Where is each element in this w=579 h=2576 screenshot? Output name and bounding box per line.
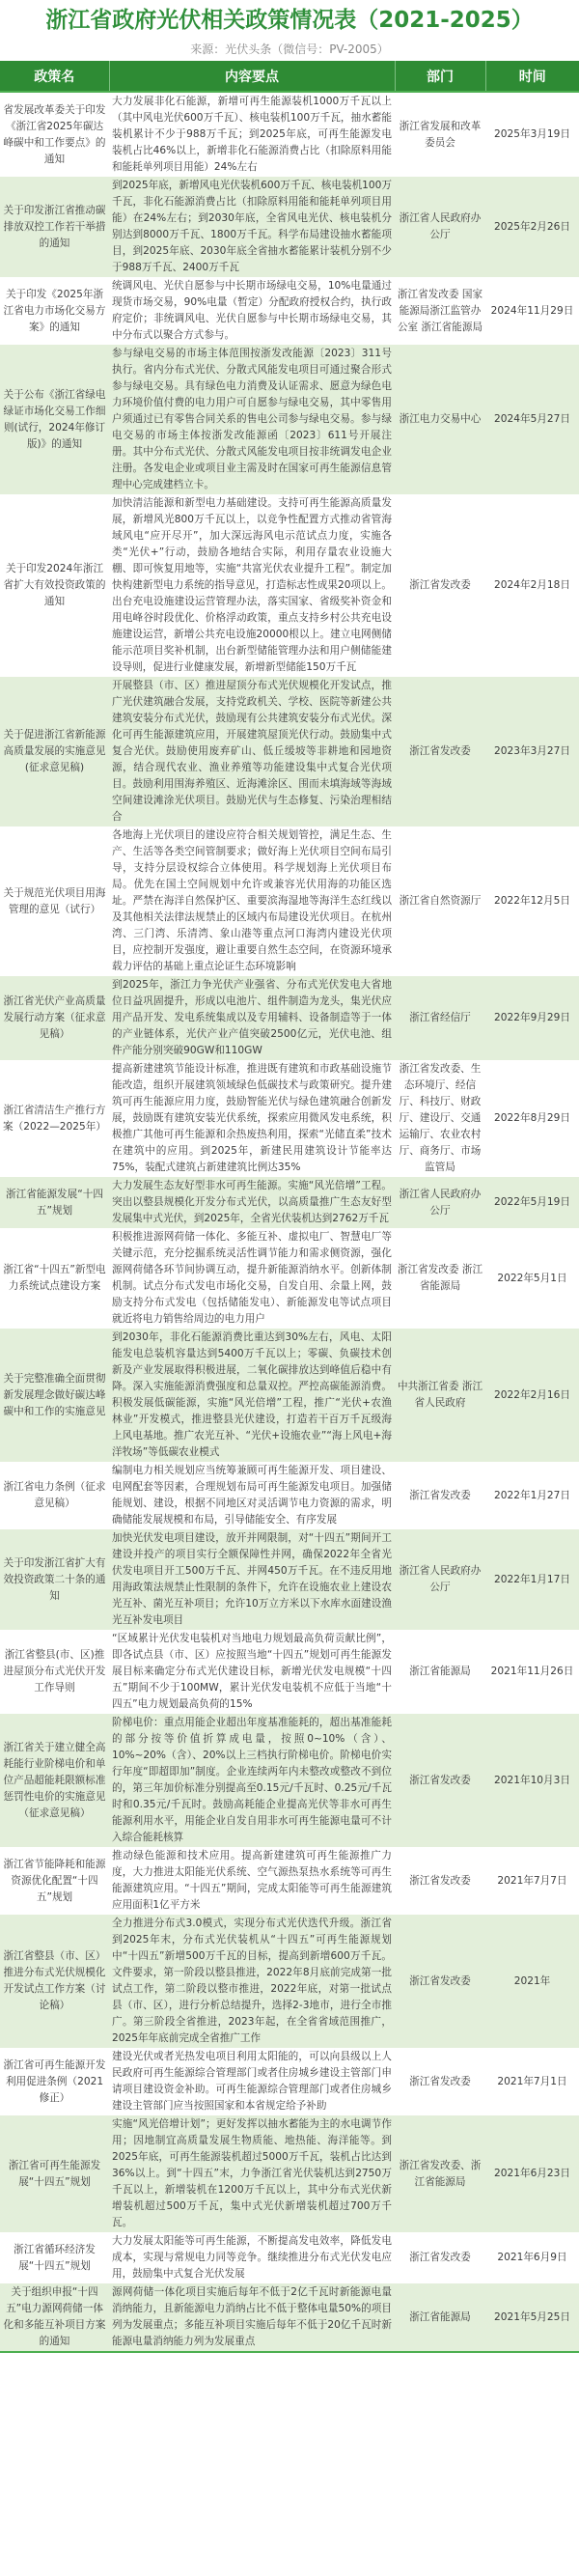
header-policy-name: 政策名 xyxy=(0,61,109,92)
department-cell: 浙江省发改委 国家能源局浙江监管办公室 浙江省能源局 xyxy=(395,277,485,345)
date-cell: 2023年3月27日 xyxy=(485,677,579,826)
policy-table: 政策名 内容要点 部门 时间 省发展改革委关于印发《浙江省2025年碳达峰碳中和… xyxy=(0,61,579,2351)
content-cell: 积极推进源网荷储一体化、多能互补、虚拟电厂、智慧电厂等关键示范，充分挖掘系统灵活… xyxy=(109,1228,395,1329)
date-cell: 2024年2月18日 xyxy=(485,494,579,677)
date-cell: 2022年2月16日 xyxy=(485,1329,579,1462)
date-cell: 2025年3月19日 xyxy=(485,92,579,177)
policy-name-cell: 浙江省“十四五”新型电力系统试点建设方案 xyxy=(0,1228,109,1329)
content-cell: 加快光伏发电项目建设，放开并网限制，对“十四五”期间开工建设并投产的项目实行全额… xyxy=(109,1529,395,1630)
policy-name-cell: 浙江省整县(市、区)推进屋顶分布式光伏开发工作导则 xyxy=(0,1630,109,1714)
policy-name-cell: 浙江省光伏产业高质量发展行动方案（征求意见稿） xyxy=(0,976,109,1060)
header-content: 内容要点 xyxy=(109,61,395,92)
table-row: 浙江省整县（市、区）推进分布式光伏规模化开发试点工作方案（讨论稿）全力推进分布式… xyxy=(0,1915,579,2048)
date-cell: 2024年11月29日 xyxy=(485,277,579,345)
policy-name-cell: 省发展改革委关于印发《浙江省2025年碳达峰碳中和工作要点》的通知 xyxy=(0,92,109,177)
date-cell: 2022年12月5日 xyxy=(485,826,579,976)
table-row: 浙江省电力条例（征求意见稿）编制电力相关规划应当统筹兼顾可再生能源开发、项目建设… xyxy=(0,1462,579,1529)
date-cell: 2021年11月26日 xyxy=(485,1630,579,1714)
policy-name-cell: 关于规范光伏项目用海管理的意见（试行） xyxy=(0,826,109,976)
content-cell: “区域累计光伏发电装机对当地电力规划最高负荷贡献比例”，即各试点县（市、区）应按… xyxy=(109,1630,395,1714)
table-row: 关于印发2024年浙江省扩大有效投资政策的通知加快清洁能源和新型电力基础建设。支… xyxy=(0,494,579,677)
content-cell: 大力发展太阳能等可再生能源，不断提高发电效率，降低发电成本，实现与常规电力同等竞… xyxy=(109,2232,395,2283)
table-row: 关于印发浙江省推动碳排放双控工作若干举措的通知到2025年底，新增风电光伏装机6… xyxy=(0,177,579,277)
department-cell: 浙江省发改委 xyxy=(395,2232,485,2283)
department-cell: 浙江省发改委 xyxy=(395,1847,485,1915)
content-cell: 建设光伏或者光热发电项目利用太阳能的，可以向县级以上人民政府可再生能源综合管理部… xyxy=(109,2048,395,2115)
content-cell: 到2025年底，新增风电光伏装机600万千瓦、核电装机100万千瓦，非化石能源消… xyxy=(109,177,395,277)
table-body: 省发展改革委关于印发《浙江省2025年碳达峰碳中和工作要点》的通知大力发展非化石… xyxy=(0,92,579,2351)
policy-name-cell: 浙江省循环经济发展“十四五”规划 xyxy=(0,2232,109,2283)
content-cell: 推动绿色能源和技术应用。提高新建建筑可再生能源推广力度，大力推进太阳能光伏系统、… xyxy=(109,1847,395,1915)
policy-name-cell: 关于印发《2025年浙江省电力市场化交易方案》的通知 xyxy=(0,277,109,345)
table-row: 关于公布《浙江省绿电绿证市场化交易工作细则(试行，2024年修订版)》的通知参与… xyxy=(0,345,579,494)
policy-name-cell: 浙江省关于建立健全高耗能行业阶梯电价和单位产品超能耗限额标准惩罚性电价的实施意见… xyxy=(0,1714,109,1847)
table-row: 浙江省清洁生产推行方案（2022—2025年）提高新建建筑节能设计标准，推进既有… xyxy=(0,1060,579,1177)
date-cell: 2021年6月9日 xyxy=(485,2232,579,2283)
content-cell: 开展整县（市、区）推进屋顶分布式光伏规模化开发试点，推广光伏建筑融合发展，支持党… xyxy=(109,677,395,826)
department-cell: 浙江省人民政府办公厅 xyxy=(395,177,485,277)
table-row: 浙江省节能降耗和能源资源优化配置“十四五”规划推动绿色能源和技术应用。提高新建建… xyxy=(0,1847,579,1915)
policy-name-cell: 关于印发浙江省推动碳排放双控工作若干举措的通知 xyxy=(0,177,109,277)
department-cell: 浙江省发展和改革委员会 xyxy=(395,92,485,177)
department-cell: 浙江省能源局 xyxy=(395,1630,485,1714)
date-cell: 2021年5月25日 xyxy=(485,2283,579,2351)
department-cell: 浙江省发改委 xyxy=(395,494,485,677)
table-row: 浙江省整县(市、区)推进屋顶分布式光伏开发工作导则“区域累计光伏发电装机对当地电… xyxy=(0,1630,579,1714)
table-row: 浙江省关于建立健全高耗能行业阶梯电价和单位产品超能耗限额标准惩罚性电价的实施意见… xyxy=(0,1714,579,1847)
date-cell: 2021年7月7日 xyxy=(485,1847,579,1915)
content-cell: 阶梯电价：重点用能企业超出年度基准能耗的，超出基准能耗的部分按等价值折算成电量，… xyxy=(109,1714,395,1847)
content-cell: 实施“风光倍增计划”；更好发挥以抽水蓄能为主的水电调节作用；因地制宜高质量发展生… xyxy=(109,2115,395,2232)
table-row: 浙江省循环经济发展“十四五”规划大力发展太阳能等可再生能源，不断提高发电效率，降… xyxy=(0,2232,579,2283)
content-cell: 各地海上光伏项目的建设应符合相关规划管控，满足生态、生产、生活等各类空间管制要求… xyxy=(109,826,395,976)
source-subtitle: 来源：光伏头条（微信号：PV-2005） xyxy=(0,41,579,61)
policy-name-cell: 浙江省整县（市、区）推进分布式光伏规模化开发试点工作方案（讨论稿） xyxy=(0,1915,109,2048)
policy-name-cell: 浙江省电力条例（征求意见稿） xyxy=(0,1462,109,1529)
page-title: 浙江省政府光伏相关政策情况表（2021-2025） xyxy=(0,0,579,41)
header-date: 时间 xyxy=(485,61,579,92)
table-row: 关于促进浙江省新能源高质量发展的实施意见(征求意见稿)开展整县（市、区）推进屋顶… xyxy=(0,677,579,826)
date-cell: 2022年9月29日 xyxy=(485,976,579,1060)
date-cell: 2024年5月27日 xyxy=(485,345,579,494)
policy-name-cell: 关于促进浙江省新能源高质量发展的实施意见(征求意见稿) xyxy=(0,677,109,826)
table-row: 浙江省能源发展“十四五”规划大力发展生态友好型非水可再生能源。实施“风光倍增”工… xyxy=(0,1177,579,1228)
department-cell: 浙江省发改委 xyxy=(395,1462,485,1529)
table-row: 浙江省“十四五”新型电力系统试点建设方案积极推进源网荷储一体化、多能互补、虚拟电… xyxy=(0,1228,579,1329)
policy-name-cell: 浙江省能源发展“十四五”规划 xyxy=(0,1177,109,1228)
date-cell: 2025年2月26日 xyxy=(485,177,579,277)
policy-name-cell: 关于印发浙江省扩大有效投资政策二十条的通知 xyxy=(0,1529,109,1630)
content-cell: 全力推进分布式3.0模式，实现分布式光伏迭代升级。浙江省到2025年末，分布式光… xyxy=(109,1915,395,2048)
content-cell: 大力发展非化石能源，新增可再生能源装机1000万千瓦以上（其中风电光伏600万千… xyxy=(109,92,395,177)
table-bottom-border xyxy=(0,2351,579,2353)
content-cell: 编制电力相关规划应当统筹兼顾可再生能源开发、项目建设、电网配套等因素，合理规划布… xyxy=(109,1462,395,1529)
table-row: 省发展改革委关于印发《浙江省2025年碳达峰碳中和工作要点》的通知大力发展非化石… xyxy=(0,92,579,177)
department-cell: 浙江省发改委 xyxy=(395,2048,485,2115)
content-cell: 源网荷储一体化项目实施后每年不低于2亿千瓦时新能源电量消纳能力，且新能源电力消纳… xyxy=(109,2283,395,2351)
department-cell: 浙江省经信厅 xyxy=(395,976,485,1060)
department-cell: 浙江省发改委、生态环境厅、经信厅、科技厅、财政厅、建设厅、交通运输厅、农业农村厅… xyxy=(395,1060,485,1177)
date-cell: 2022年5月1日 xyxy=(485,1228,579,1329)
department-cell: 浙江省发改委 浙江省能源局 xyxy=(395,1228,485,1329)
department-cell: 浙江省发改委 xyxy=(395,1915,485,2048)
date-cell: 2022年8月29日 xyxy=(485,1060,579,1177)
policy-name-cell: 关于印发2024年浙江省扩大有效投资政策的通知 xyxy=(0,494,109,677)
header-department: 部门 xyxy=(395,61,485,92)
table-header-row: 政策名 内容要点 部门 时间 xyxy=(0,61,579,92)
policy-name-cell: 关于完整准确全面贯彻新发展理念做好碳达峰碳中和工作的实施意见 xyxy=(0,1329,109,1462)
date-cell: 2021年7月1日 xyxy=(485,2048,579,2115)
content-cell: 加快清洁能源和新型电力基础建设。支持可再生能源高质量发展，新增风光800万千瓦以… xyxy=(109,494,395,677)
table-row: 关于印发浙江省扩大有效投资政策二十条的通知加快光伏发电项目建设，放开并网限制，对… xyxy=(0,1529,579,1630)
policy-name-cell: 关于公布《浙江省绿电绿证市场化交易工作细则(试行，2024年修订版)》的通知 xyxy=(0,345,109,494)
content-cell: 到2030年，非化石能源消费比重达到30%左右，风电、太阳能发电总装机容量达到5… xyxy=(109,1329,395,1462)
content-cell: 大力发展生态友好型非水可再生能源。实施“风光倍增”工程。突出以整县规模化开发分布… xyxy=(109,1177,395,1228)
department-cell: 浙江省人民政府办公厅 xyxy=(395,1177,485,1228)
date-cell: 2022年1月17日 xyxy=(485,1529,579,1630)
department-cell: 浙江省自然资源厅 xyxy=(395,826,485,976)
content-cell: 提高新建建筑节能设计标准，推进既有建筑和市政基础设施节能改造，组织开展建筑领域绿… xyxy=(109,1060,395,1177)
department-cell: 浙江省人民政府办公厅 xyxy=(395,1529,485,1630)
department-cell: 浙江电力交易中心 xyxy=(395,345,485,494)
table-row: 浙江省可再生能源发展“十四五”规划实施“风光倍增计划”；更好发挥以抽水蓄能为主的… xyxy=(0,2115,579,2232)
content-cell: 参与绿电交易的市场主体范围按浙发改能源〔2023〕311号执行。省内分布式光伏、… xyxy=(109,345,395,494)
content-cell: 到2025年，浙江力争光伏产业强省、分布式光伏发电大省地位日益巩固提升，形成以电… xyxy=(109,976,395,1060)
policy-name-cell: 关于组织申报“十四五”电力源网荷储一体化和多能互补项目方案的通知 xyxy=(0,2283,109,2351)
department-cell: 浙江省发改委 xyxy=(395,1714,485,1847)
policy-name-cell: 浙江省清洁生产推行方案（2022—2025年） xyxy=(0,1060,109,1177)
date-cell: 2022年1月27日 xyxy=(485,1462,579,1529)
table-row: 关于规范光伏项目用海管理的意见（试行）各地海上光伏项目的建设应符合相关规划管控，… xyxy=(0,826,579,976)
department-cell: 浙江省能源局 xyxy=(395,2283,485,2351)
date-cell: 2022年5月19日 xyxy=(485,1177,579,1228)
date-cell: 2021年6月23日 xyxy=(485,2115,579,2232)
table-row: 浙江省可再生能源开发利用促进条例（2021修正）建设光伏或者光热发电项目利用太阳… xyxy=(0,2048,579,2115)
date-cell: 2021年10月3日 xyxy=(485,1714,579,1847)
policy-name-cell: 浙江省可再生能源开发利用促进条例（2021修正） xyxy=(0,2048,109,2115)
table-row: 关于组织申报“十四五”电力源网荷储一体化和多能互补项目方案的通知源网荷储一体化项… xyxy=(0,2283,579,2351)
department-cell: 浙江省发改委 xyxy=(395,677,485,826)
table-row: 浙江省光伏产业高质量发展行动方案（征求意见稿）到2025年，浙江力争光伏产业强省… xyxy=(0,976,579,1060)
policy-name-cell: 浙江省可再生能源发展“十四五”规划 xyxy=(0,2115,109,2232)
department-cell: 浙江省发改委、浙江省能源局 xyxy=(395,2115,485,2232)
date-cell: 2021年 xyxy=(485,1915,579,2048)
department-cell: 中共浙江省委 浙江省人民政府 xyxy=(395,1329,485,1462)
policy-name-cell: 浙江省节能降耗和能源资源优化配置“十四五”规划 xyxy=(0,1847,109,1915)
content-cell: 统调风电、光伏自愿参与中长期市场绿电交易，10%电量通过现货市场交易，90%电量… xyxy=(109,277,395,345)
table-row: 关于完整准确全面贯彻新发展理念做好碳达峰碳中和工作的实施意见到2030年，非化石… xyxy=(0,1329,579,1462)
table-row: 关于印发《2025年浙江省电力市场化交易方案》的通知统调风电、光伏自愿参与中长期… xyxy=(0,277,579,345)
